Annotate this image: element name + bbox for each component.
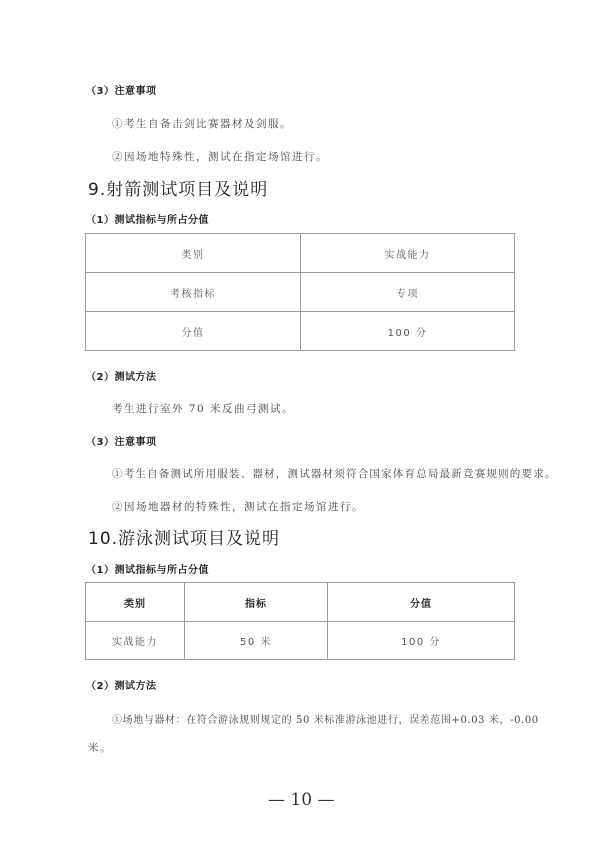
note-item: ①考生自备击剑比赛器材及剑服。 bbox=[112, 116, 292, 131]
notes-heading: （3）注意事项 bbox=[86, 82, 156, 97]
archery-score-table: 类别 实战能力 考核指标 专项 分值 100 分 bbox=[85, 233, 515, 351]
table-header-row: 类别 指标 分值 bbox=[86, 583, 515, 622]
table-cell: 50 米 bbox=[185, 622, 328, 660]
method-heading: （2）测试方法 bbox=[86, 677, 156, 692]
method-text: ①场地与器材：在符合游泳规则规定的 50 米标准游泳池进行，误差范围+0.03 … bbox=[112, 711, 539, 726]
table-header-cell: 类别 bbox=[86, 583, 185, 622]
page-number: — 10 — bbox=[268, 790, 334, 810]
note-item: ②因场地器材的特殊性，测试在指定场馆进行。 bbox=[112, 499, 364, 514]
table-row: 考核指标 专项 bbox=[86, 273, 515, 312]
notes-heading: （3）注意事项 bbox=[86, 433, 156, 448]
table-header-cell: 分值 bbox=[328, 583, 515, 622]
table-cell: 考核指标 bbox=[86, 273, 301, 312]
table-cell: 实战能力 bbox=[86, 622, 185, 660]
table-cell: 100 分 bbox=[301, 312, 515, 351]
section-title: 9.射箭测试项目及说明 bbox=[88, 175, 268, 200]
table-row: 类别 实战能力 bbox=[86, 234, 515, 273]
table-row: 实战能力 50 米 100 分 bbox=[86, 622, 515, 660]
method-text-continuation: 米。 bbox=[88, 740, 112, 755]
swimming-score-table: 类别 指标 分值 实战能力 50 米 100 分 bbox=[85, 582, 515, 660]
table-cell: 专项 bbox=[301, 273, 515, 312]
table-cell: 分值 bbox=[86, 312, 301, 351]
note-item: ①考生自备测试所用服装、器材，测试器材须符合国家体育总局最新竞赛规则的要求。 bbox=[112, 466, 557, 481]
note-item: ②因场地特殊性，测试在指定场馆进行。 bbox=[112, 149, 328, 164]
section-title: 10.游泳测试项目及说明 bbox=[88, 524, 280, 549]
method-heading: （2）测试方法 bbox=[86, 368, 156, 383]
table-cell: 100 分 bbox=[328, 622, 515, 660]
table-cell: 类别 bbox=[86, 234, 301, 273]
table-cell: 实战能力 bbox=[301, 234, 515, 273]
method-text: 考生进行室外 70 米反曲弓测试。 bbox=[112, 401, 294, 416]
table-header-cell: 指标 bbox=[185, 583, 328, 622]
indicator-heading: （1）测试指标与所占分值 bbox=[86, 561, 209, 576]
table-row: 分值 100 分 bbox=[86, 312, 515, 351]
indicator-heading: （1）测试指标与所占分值 bbox=[86, 211, 209, 226]
